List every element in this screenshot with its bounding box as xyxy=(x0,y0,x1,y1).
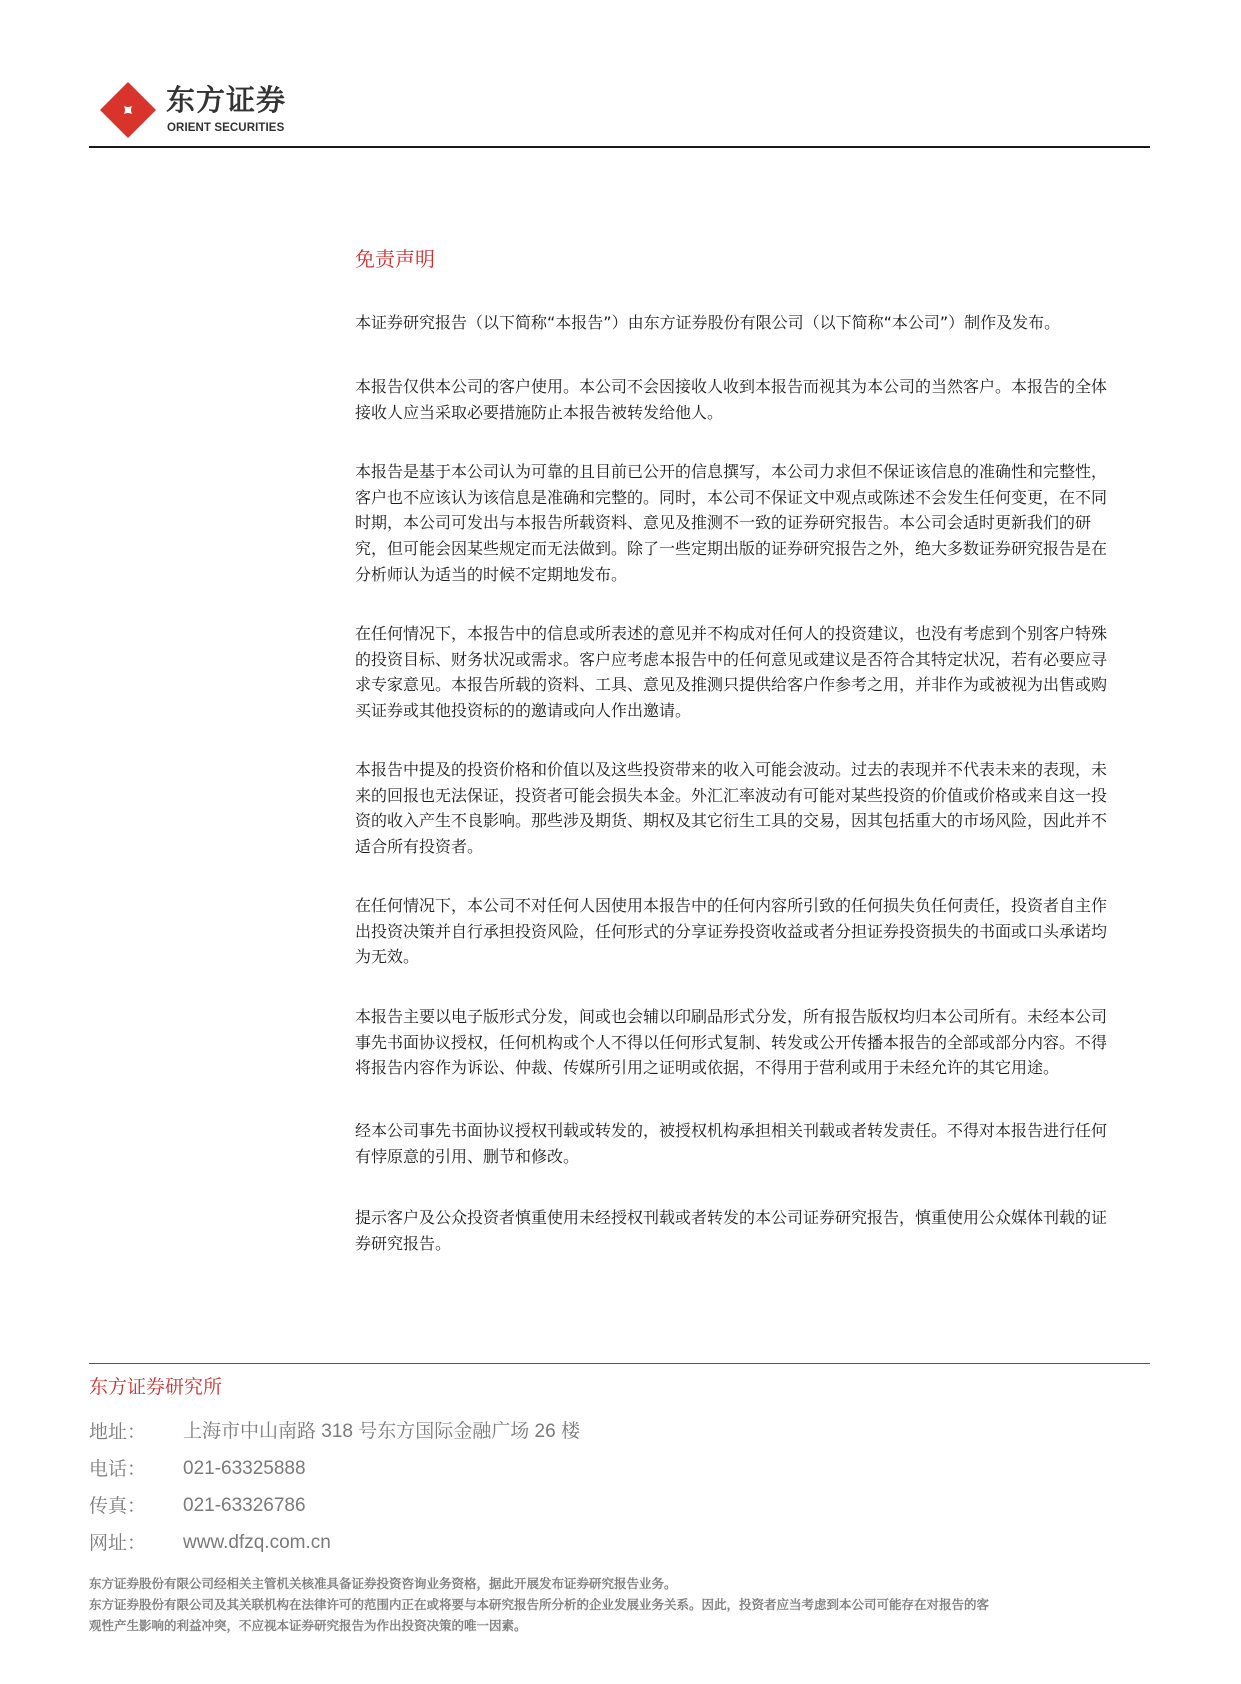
contact-value: 021-63325888 xyxy=(183,1455,306,1483)
paragraph-line: 提示客户及公众投资者慎重使用未经授权刊载或者转发的本公司证券研究报告，慎重使用公… xyxy=(355,1205,1155,1231)
fine-print-line: 观性产生影响的利益冲突，不应视本证券研究报告为作出投资决策的唯一因素。 xyxy=(89,1615,1159,1636)
paragraph-line: 买证券或其他投资标的的邀请或向人作出邀请。 xyxy=(355,698,1155,724)
paragraph-line: 本报告中提及的投资价格和价值以及这些投资带来的收入可能会波动。过去的表现并不代表… xyxy=(355,757,1155,783)
paragraph-line: 为无效。 xyxy=(355,944,1155,970)
paragraph-line: 券研究报告。 xyxy=(355,1231,1155,1257)
footer-divider xyxy=(89,1363,1150,1364)
paragraph-line: 求专家意见。本报告所载的资料、工具、意见及推测只提供给客户作参考之用，并非作为或… xyxy=(355,672,1155,698)
paragraph-line: 将报告内容作为诉讼、仲裁、传媒所引用之证明或依据，不得用于营利或用于未经允许的其… xyxy=(355,1055,1155,1081)
footer-org-name: 东方证券研究所 xyxy=(89,1374,222,1400)
paragraph-line: 分析师认为适当的时候不定期地发布。 xyxy=(355,562,1155,588)
paragraph-line: 在任何情况下，本报告中的信息或所表述的意见并不构成对任何人的投资建议，也没有考虑… xyxy=(355,621,1155,647)
logo-name-en: ORIENT SECURITIES xyxy=(167,121,284,135)
contact-label: 网址： xyxy=(89,1529,146,1557)
contact-label: 地址： xyxy=(89,1418,146,1446)
paragraph-line: 时期，本公司可发出与本报告所载资料、意见及推测不一致的证券研究报告。本公司会适时… xyxy=(355,510,1155,536)
company-logo: 东方证券 ORIENT SECURITIES xyxy=(98,80,328,140)
paragraph-line: 出投资决策并自行承担投资风险，任何形式的分享证券投资收益或者分担证券投资损失的书… xyxy=(355,919,1155,945)
paragraph-line: 资的收入产生不良影响。那些涉及期货、期权及其它衍生工具的交易，因其包括重大的市场… xyxy=(355,808,1155,834)
disclaimer-paragraph: 在任何情况下，本公司不对任何人因使用本报告中的任何内容所引致的任何损失负任何责任… xyxy=(355,893,1155,970)
fine-print-line: 东方证券股份有限公司及其关联机构在法律许可的范围内正在或将要与本研究报告所分析的… xyxy=(89,1594,1159,1615)
paragraph-line: 在任何情况下，本公司不对任何人因使用本报告中的任何内容所引致的任何损失负任何责任… xyxy=(355,893,1155,919)
disclaimer-paragraph: 本报告仅供本公司的客户使用。本公司不会因接收人收到本报告而视其为本公司的当然客户… xyxy=(355,374,1155,425)
disclaimer-paragraph: 经本公司事先书面协议授权刊载或转发的，被授权机构承担相关刊载或者转发责任。不得对… xyxy=(355,1118,1155,1169)
contact-value: www.dfzq.com.cn xyxy=(183,1529,331,1557)
contact-label: 传真： xyxy=(89,1492,146,1520)
fine-print-line: 东方证券股份有限公司经相关主管机关核准具备证券投资咨询业务资格，据此开展发布证券… xyxy=(89,1573,1159,1594)
paragraph-line: 本报告是基于本公司认为可靠的且目前已公开的信息撰写，本公司力求但不保证该信息的准… xyxy=(355,459,1155,485)
disclaimer-paragraph: 本报告主要以电子版形式分发，间或也会辅以印刷品形式分发，所有报告版权均归本公司所… xyxy=(355,1004,1155,1081)
paragraph-line: 本报告仅供本公司的客户使用。本公司不会因接收人收到本报告而视其为本公司的当然客户… xyxy=(355,374,1155,400)
disclaimer-paragraph: 本证券研究报告（以下简称“本报告”）由东方证券股份有限公司（以下简称“本公司”）… xyxy=(355,310,1155,336)
paragraph-line: 经本公司事先书面协议授权刊载或转发的，被授权机构承担相关刊载或者转发责任。不得对… xyxy=(355,1118,1155,1144)
orient-securities-logo-icon xyxy=(98,80,158,140)
disclaimer-paragraph: 提示客户及公众投资者慎重使用未经授权刊载或者转发的本公司证券研究报告，慎重使用公… xyxy=(355,1205,1155,1256)
contact-value: 021-63326786 xyxy=(183,1492,306,1520)
paragraph-line: 有悖原意的引用、删节和修改。 xyxy=(355,1144,1155,1170)
paragraph-line: 事先书面协议授权，任何机构或个人不得以任何形式复制、转发或公开传播本报告的全部或… xyxy=(355,1030,1155,1056)
contact-value: 上海市中山南路 318 号东方国际金融广场 26 楼 xyxy=(183,1418,580,1446)
disclaimer-paragraph: 本报告中提及的投资价格和价值以及这些投资带来的收入可能会波动。过去的表现并不代表… xyxy=(355,757,1155,860)
logo-name-cn: 东方证券 xyxy=(166,84,286,116)
paragraph-line: 究，但可能会因某些规定而无法做到。除了一些定期出版的证券研究报告之外，绝大多数证… xyxy=(355,536,1155,562)
disclaimer-paragraph: 在任何情况下，本报告中的信息或所表述的意见并不构成对任何人的投资建议，也没有考虑… xyxy=(355,621,1155,724)
paragraph-line: 本证券研究报告（以下简称“本报告”）由东方证券股份有限公司（以下简称“本公司”）… xyxy=(355,310,1155,336)
paragraph-line: 来的回报也无法保证，投资者可能会损失本金。外汇汇率波动有可能对某些投资的价值或价… xyxy=(355,783,1155,809)
paragraph-line: 客户也不应该认为该信息是准确和完整的。同时，本公司不保证文中观点或陈述不会发生任… xyxy=(355,485,1155,511)
paragraph-line: 接收人应当采取必要措施防止本报告被转发给他人。 xyxy=(355,400,1155,426)
paragraph-line: 的投资目标、财务状况或需求。客户应考虑本报告中的任何意见或建议是否符合其特定状况… xyxy=(355,647,1155,673)
paragraph-line: 适合所有投资者。 xyxy=(355,834,1155,860)
contact-label: 电话： xyxy=(89,1455,146,1483)
page-title: 免责声明 xyxy=(355,246,435,272)
paragraph-line: 本报告主要以电子版形式分发，间或也会辅以印刷品形式分发，所有报告版权均归本公司所… xyxy=(355,1004,1155,1030)
fine-print: 东方证券股份有限公司经相关主管机关核准具备证券投资咨询业务资格，据此开展发布证券… xyxy=(89,1573,1159,1636)
disclaimer-paragraph: 本报告是基于本公司认为可靠的且目前已公开的信息撰写，本公司力求但不保证该信息的准… xyxy=(355,459,1155,588)
header-divider xyxy=(89,146,1150,148)
